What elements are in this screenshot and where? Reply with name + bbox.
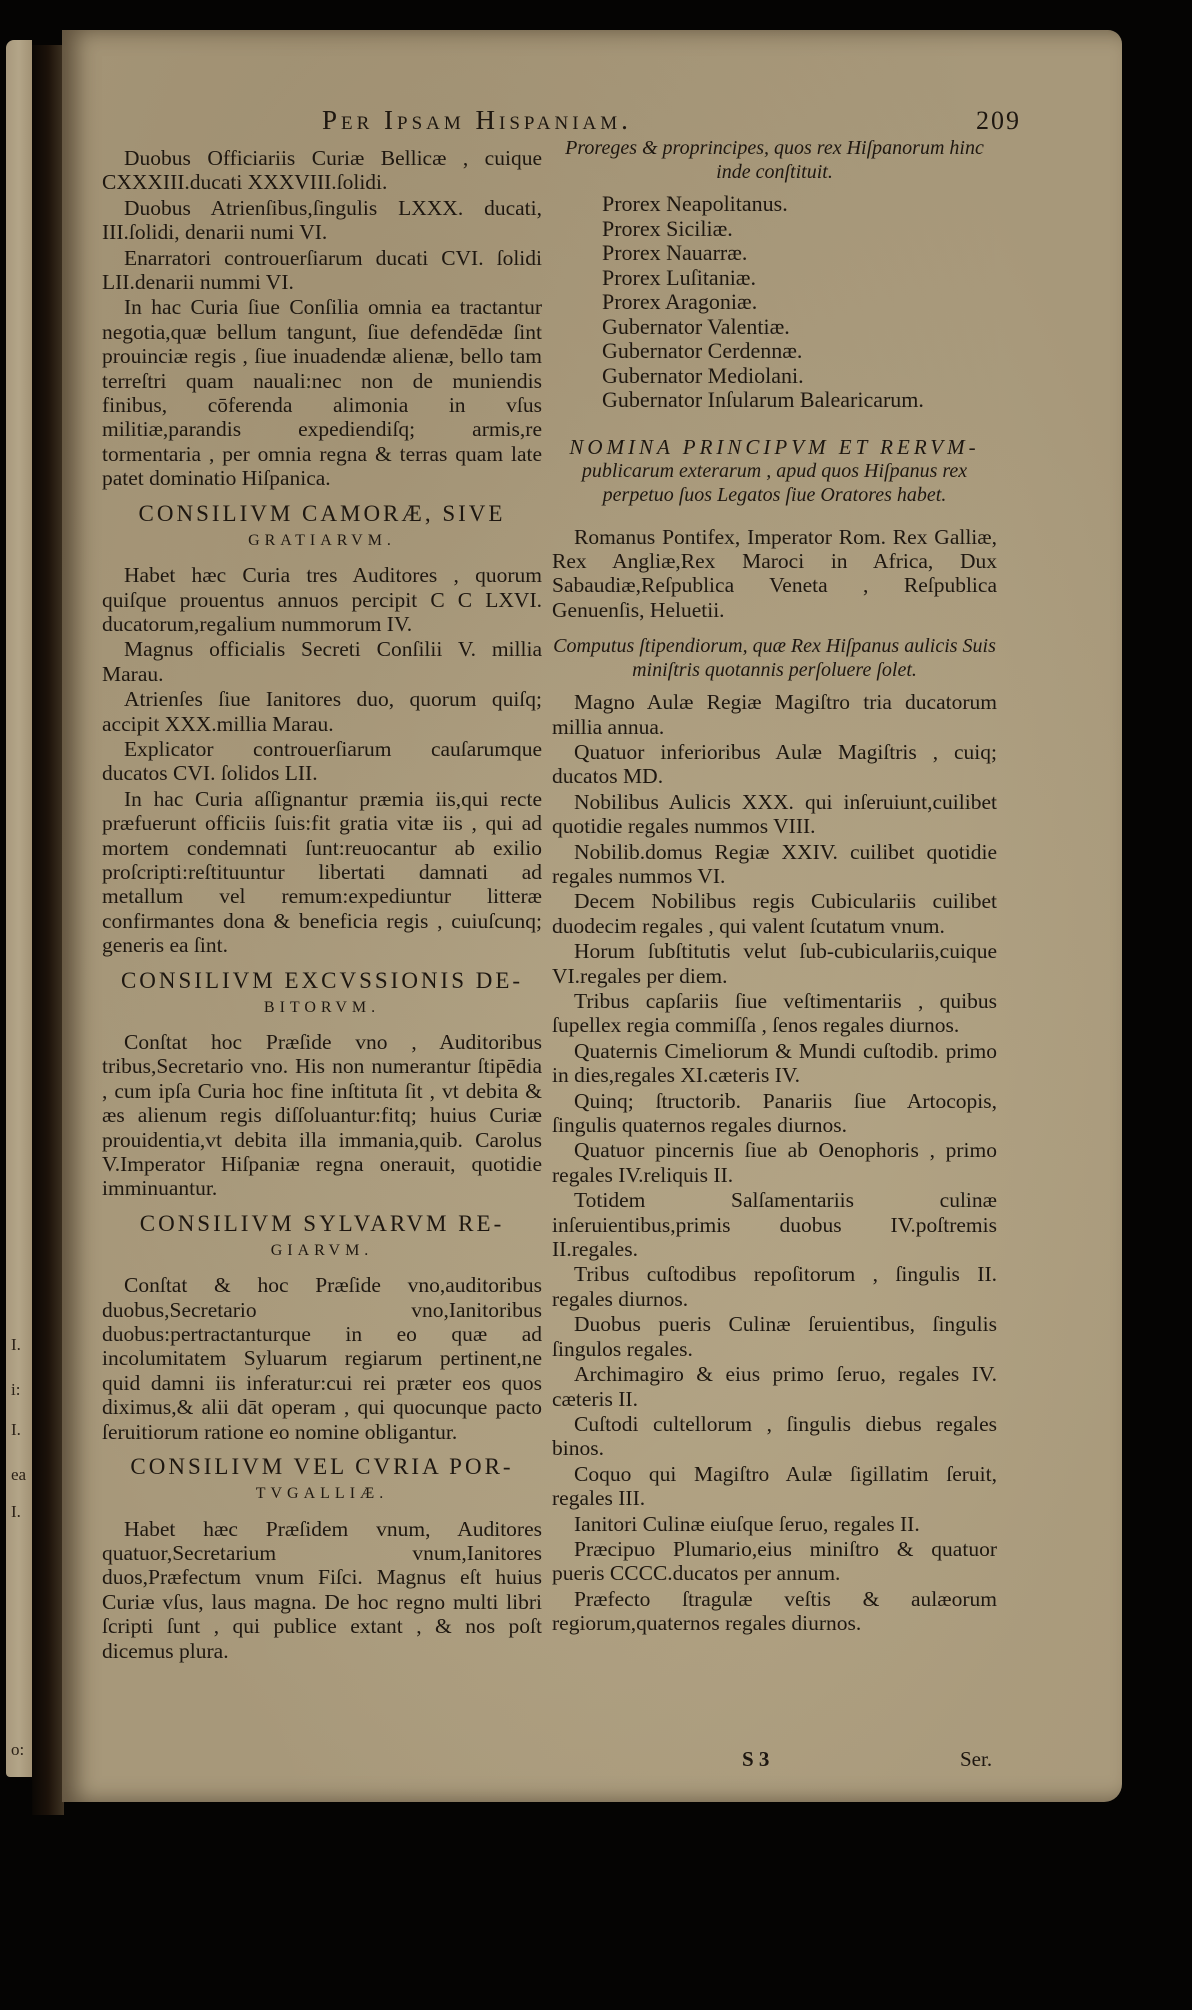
section-heading: CONSILIVM CAMORÆ, SIVE <box>102 501 542 527</box>
book-gutter <box>32 45 64 1815</box>
paragraph: Conſtat hoc Præſide vno , Auditoribus tr… <box>102 1030 542 1201</box>
paragraph: Tribus cuſtodibus repoſitorum , ſingulis… <box>552 1262 997 1311</box>
paragraph: Habet hæc Curia tres Auditores , quorum … <box>102 563 542 636</box>
list-item: Prorex Siciliæ. <box>552 217 997 242</box>
paragraph: Decem Nobilibus regis Cubiculariis cuili… <box>552 889 997 938</box>
catchword: Ser. <box>960 1747 992 1772</box>
paragraph: Nobilib.domus Regiæ XXIV. cuilibet quoti… <box>552 840 997 889</box>
paragraph: Magno Aulæ Regiæ Magiſtro tria ducatorum… <box>552 690 997 739</box>
paragraph: In hac Curia aſſignantur præmia iis,qui … <box>102 787 542 958</box>
running-head: Per Ipsam Hispaniam. <box>322 105 632 136</box>
paragraph: Tribus capſariis ſiue veſtimentariis , q… <box>552 989 997 1038</box>
paragraph: Ianitori Culinæ eiuſque ſeruo, regales I… <box>552 1512 997 1536</box>
previous-leaf-edge: I. i: I. ea I. o: <box>6 40 32 1777</box>
computus-heading: Computus ſtipendiorum, quæ Rex Hiſpanus … <box>552 634 997 682</box>
left-column: Duobus Officiariis Curiæ Bellicæ , cuiqu… <box>102 146 542 1664</box>
paragraph: Coquo qui Magiſtro Aulæ ſigillatim ſerui… <box>552 1462 997 1511</box>
paragraph: Nobilibus Aulicis XXX. qui inſeruiunt,cu… <box>552 790 997 839</box>
section-subheading: TVGALLIÆ. <box>102 1482 542 1506</box>
paragraph: Duobus pueris Culinæ ſeruientibus, ſingu… <box>552 1312 997 1361</box>
paragraph: Quaternis Cimeliorum & Mundi cuſtodib. p… <box>552 1039 997 1088</box>
paragraph: Quatuor inferioribus Aulæ Magiſtris , cu… <box>552 740 997 789</box>
paragraph: Præfecto ſtragulæ veſtis & aulæorum regi… <box>552 1587 997 1636</box>
paragraph: Cuſtodi cultellorum , ſingulis diebus re… <box>552 1412 997 1461</box>
nomina-subheading: publicarum exterarum , apud quos Hiſpanu… <box>552 459 997 507</box>
leaf-fragment: I. <box>11 1335 21 1355</box>
leaf-fragment: ea <box>11 1465 26 1485</box>
book-page: Per Ipsam Hispaniam. 209 Duobus Officiar… <box>62 30 1122 1802</box>
paragraph: Magnus officialis Secreti Conſilii V. mi… <box>102 637 542 686</box>
proreges-heading: Proreges & proprincipes, quos rex Hiſpan… <box>552 136 997 184</box>
list-item: Prorex Luſitaniæ. <box>552 266 997 291</box>
signature-mark: S 3 <box>742 1747 769 1772</box>
section-heading: CONSILIVM VEL CVRIA POR- <box>102 1454 542 1480</box>
paragraph: Duobus Officiariis Curiæ Bellicæ , cuiqu… <box>102 146 542 195</box>
paragraph: Atrienſes ſiue Ianitores duo, quorum qui… <box>102 687 542 736</box>
paragraph: Enarratori controuerſiarum ducati CVI. ſ… <box>102 246 542 295</box>
paragraph: Habet hæc Præſidem vnum, Auditores quatu… <box>102 1517 542 1663</box>
section-subheading: BITORVM. <box>102 996 542 1020</box>
section-heading: CONSILIVM SYLVARVM RE- <box>102 1211 542 1237</box>
paragraph: Præcipuo Plumario,eius miniſtro & quatuo… <box>552 1537 997 1586</box>
list-item: Prorex Nauarræ. <box>552 241 997 266</box>
leaf-fragment: I. <box>11 1502 21 1522</box>
section-heading: CONSILIVM EXCVSSIONIS DE- <box>102 968 542 994</box>
list-item: Gubernator Cerdennæ. <box>552 339 997 364</box>
paragraph: Quinq; ſtructorib. Panariis ſiue Artocop… <box>552 1089 997 1138</box>
leaf-fragment: I. <box>11 1420 21 1440</box>
list-item: Gubernator Mediolani. <box>552 364 997 389</box>
list-item: Gubernator Inſularum Balearicarum. <box>552 388 997 413</box>
list-item: Prorex Neapolitanus. <box>552 192 997 217</box>
section-subheading: GRATIARVM. <box>102 529 542 553</box>
paragraph: Duobus Atrienſibus,ſingulis LXXX. ducati… <box>102 196 542 245</box>
leaf-fragment: o: <box>11 1740 24 1760</box>
list-item: Prorex Aragoniæ. <box>552 290 997 315</box>
paragraph: Totidem Salſamentariis culinæ inſeruient… <box>552 1188 997 1261</box>
paragraph: Horum ſubſtitutis velut ſub-cubiculariis… <box>552 939 997 988</box>
list-item: Gubernator Valentiæ. <box>552 315 997 340</box>
paragraph: Quatuor pincernis ſiue ab Oenophoris , p… <box>552 1138 997 1187</box>
paragraph: Archimagiro & eius primo ſeruo, regales … <box>552 1362 997 1411</box>
page-number: 209 <box>976 106 1021 136</box>
paragraph: Explicator controuerſiarum cauſarumque d… <box>102 737 542 786</box>
right-column: Proreges & proprincipes, quos rex Hiſpan… <box>552 136 997 1637</box>
paragraph: In hac Curia ſiue Conſilia omnia ea trac… <box>102 295 542 490</box>
section-subheading: GIARVM. <box>102 1239 542 1263</box>
nomina-heading: NOMINA PRINCIPVM ET RERVM- <box>552 435 997 459</box>
leaf-fragment: i: <box>11 1380 20 1400</box>
paragraph: Romanus Pontifex, Imperator Rom. Rex Gal… <box>552 525 997 623</box>
paragraph: Conſtat & hoc Præſide vno,auditoribus du… <box>102 1273 542 1444</box>
